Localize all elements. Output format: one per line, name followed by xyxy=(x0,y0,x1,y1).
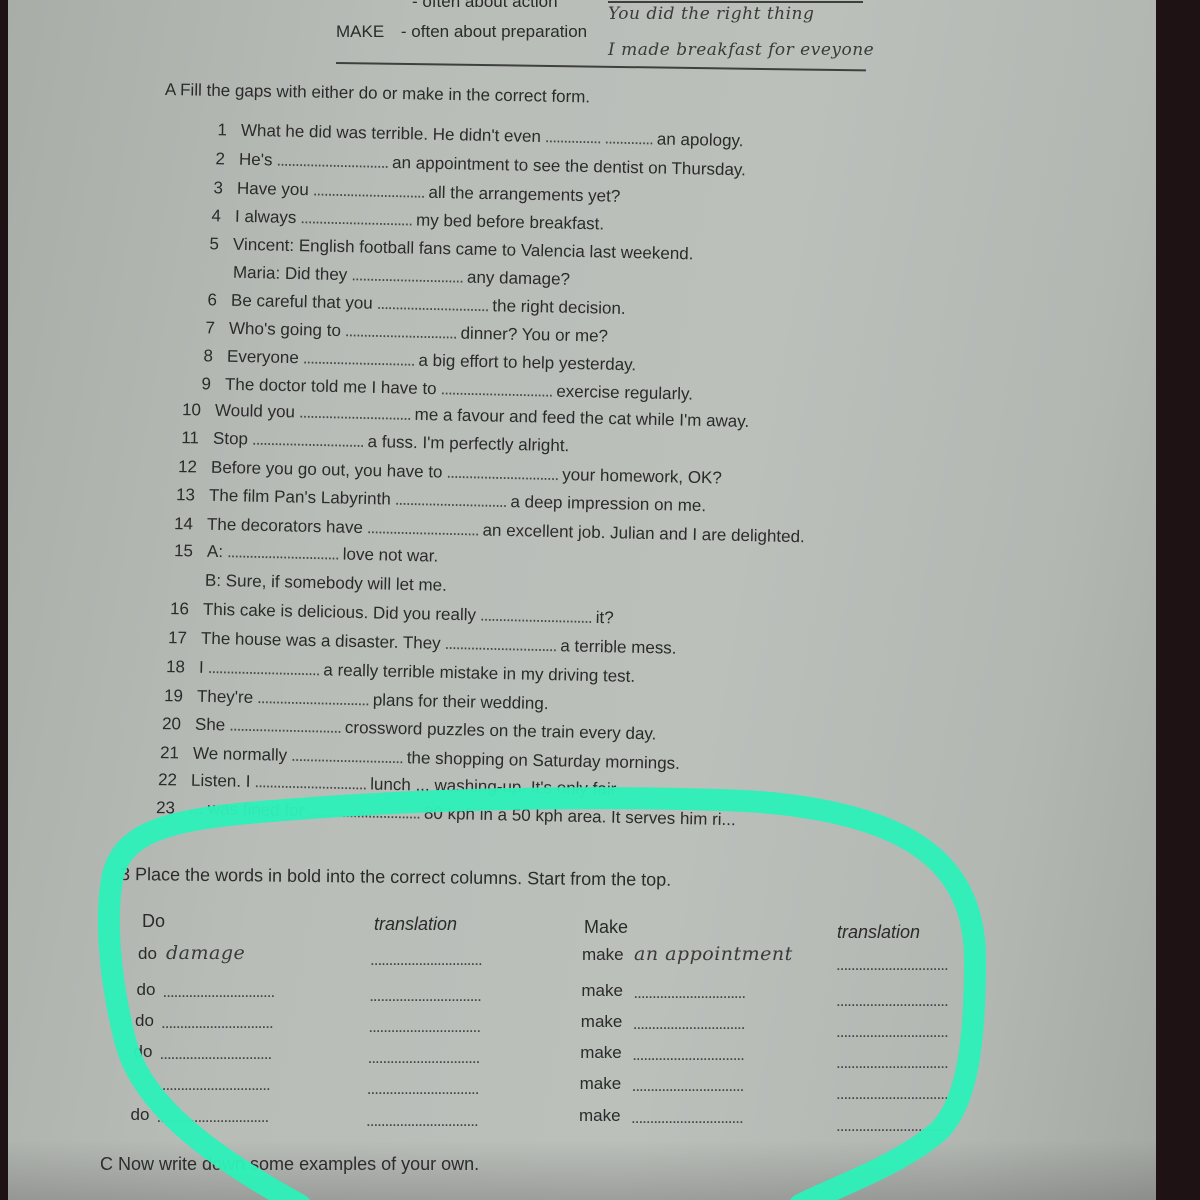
answer-gap[interactable]: .............................. xyxy=(480,606,592,627)
do-answer-blank[interactable]: .............................. xyxy=(158,1075,270,1095)
exercise-item: 5Vincent: English football fans came to … xyxy=(197,234,702,265)
item-text-before: Have you xyxy=(237,179,309,200)
answer-gap[interactable]: .............................. xyxy=(254,772,366,793)
definition-meaning: - often about action xyxy=(412,0,558,11)
do-label: do xyxy=(131,1105,150,1125)
answer-gap[interactable]: .............................. xyxy=(257,688,369,709)
item-text-after: crossword puzzles on the train every day… xyxy=(345,718,657,744)
item-text-after: all the arrangements yet? xyxy=(428,183,620,206)
item-text-before: Would you xyxy=(215,401,295,422)
exercise-item: 16This cake is delicious. Did you really… xyxy=(167,599,614,628)
exercise-item: 2He's..............................an ap… xyxy=(203,149,746,180)
exercise-item: 19They're..............................p… xyxy=(161,686,549,714)
item-text-before: Vincent: English football fans came to V… xyxy=(233,235,694,264)
do-translation-blank[interactable]: .............................. xyxy=(368,1017,480,1037)
item-number: 3 xyxy=(201,178,223,198)
do-label: do xyxy=(138,944,157,964)
item-text-after: an excellent job. Julian and I are delig… xyxy=(482,521,805,547)
exercise-item: B: Sure, if somebody will let me. xyxy=(169,570,455,596)
item-text-after: a deep impression on me. xyxy=(510,492,706,515)
item-text-after: exercise regularly. xyxy=(556,382,693,404)
make-label: make xyxy=(580,1074,622,1094)
item-number: 11 xyxy=(177,428,199,448)
answer-gap[interactable]: .............................. xyxy=(303,348,415,369)
exercise-item: 1What he did was terrible. He didn't eve… xyxy=(205,120,744,151)
section-a-instruction: A Fill the gaps with either do or make i… xyxy=(165,80,590,107)
answer-gap[interactable]: .............................. xyxy=(313,180,425,201)
item-text-before: I always xyxy=(235,207,297,227)
answer-gap[interactable]: .............................. xyxy=(446,463,558,484)
definition-make: MAKE - often about preparation xyxy=(336,22,587,42)
item-text-after: a big effort to help yesterday. xyxy=(418,351,636,375)
item-number: 20 xyxy=(159,714,181,734)
item-number: 23 xyxy=(153,798,175,818)
item-number: 7 xyxy=(193,318,215,338)
item-text-after: your homework, OK? xyxy=(562,465,722,487)
item-text-before: Listen. I xyxy=(191,771,251,791)
definition-verb: MAKE xyxy=(336,22,384,41)
definition-meaning: - often about preparation xyxy=(401,22,587,41)
exercise-item: 15A:..............................love n… xyxy=(171,541,439,567)
answer-gap[interactable]: .............................. xyxy=(308,801,420,822)
item-text-after: my bed before breakfast. xyxy=(416,211,604,234)
exercise-item: 18I..............................a reall… xyxy=(163,657,636,687)
column-header-do: Do xyxy=(142,911,165,932)
do-translation-blank[interactable]: .............................. xyxy=(370,950,482,970)
make-translation-blank[interactable]: .............................. xyxy=(836,1084,948,1104)
item-text-after: an appointment to see the dentist on Thu… xyxy=(392,153,746,179)
make-translation-blank[interactable]: .............................. xyxy=(836,1022,948,1042)
item-number: 16 xyxy=(167,599,189,619)
do-answer-blank[interactable]: .............................. xyxy=(161,1013,273,1033)
item-text-before: B: Sure, if somebody will let me. xyxy=(205,571,447,595)
item-number: 18 xyxy=(163,657,185,677)
item-text-before: Before you go out, you have to xyxy=(211,458,443,482)
make-translation-blank[interactable]: .............................. xyxy=(836,955,948,975)
item-number: 6 xyxy=(195,290,217,310)
do-translation-blank[interactable]: .............................. xyxy=(368,1048,480,1068)
item-text-after: any damage? xyxy=(467,268,570,289)
definition-do: - often about action xyxy=(412,0,558,12)
make-translation-blank[interactable]: .............................. xyxy=(836,1116,948,1136)
item-text-before: We normally xyxy=(193,744,288,765)
answer-gap[interactable]: .............................. xyxy=(252,430,364,451)
item-number: 4 xyxy=(199,206,221,226)
item-text-before: Who's going to xyxy=(229,319,341,340)
exercise-item: 20She..............................cross… xyxy=(159,714,657,744)
item-text-before: I xyxy=(199,658,204,677)
divider xyxy=(608,1,863,3)
item-text-before: Stop xyxy=(213,429,248,449)
do-label: do xyxy=(135,1011,154,1031)
make-label: make xyxy=(582,945,624,965)
make-answer-blank[interactable]: .............................. xyxy=(632,1045,744,1065)
item-text-before: The decorators have xyxy=(207,515,363,537)
make-answer-handwritten: an appointment xyxy=(634,943,793,965)
item-text-after: a terrible mess. xyxy=(560,636,677,657)
do-answer-handwritten: damage xyxy=(166,942,245,964)
exercise-item: 12Before you go out, you have to........… xyxy=(175,457,722,488)
item-number: 13 xyxy=(173,485,195,505)
answer-gap[interactable]: .............................. xyxy=(208,658,320,679)
item-text-after: an apology. xyxy=(657,129,744,150)
do-answer-blank[interactable]: .............................. xyxy=(163,982,275,1002)
item-text-before: What he did was terrible. He didn't even xyxy=(241,121,541,146)
item-text-after: lunch ... washing-up. It's only fair xyxy=(370,775,616,799)
item-text-before: This cake is delicious. Did you really xyxy=(203,600,476,625)
item-number: 15 xyxy=(171,541,193,561)
answer-gap[interactable]: .............................. xyxy=(367,518,479,539)
exercise-item: 17The house was a disaster. They........… xyxy=(165,628,677,659)
column-header-make: Make xyxy=(584,917,628,938)
exercise-item: 7Who's going to.........................… xyxy=(193,318,608,347)
answer-gap[interactable]: .............................. xyxy=(440,379,552,400)
item-text-after: it? xyxy=(595,608,613,627)
item-text-after: the right decision. xyxy=(492,296,626,318)
make-translation-blank[interactable]: .............................. xyxy=(836,991,948,1011)
make-label: make xyxy=(581,1012,623,1032)
item-text-after: dinner? You or me? xyxy=(460,324,608,346)
answer-gap[interactable]: .............................. xyxy=(377,294,489,315)
answer-gap[interactable]: .............................. xyxy=(300,208,412,229)
make-answer-blank[interactable]: .............................. xyxy=(632,1076,744,1096)
column-header-do-translation: translation xyxy=(374,914,457,935)
answer-gap[interactable]: .............................. xyxy=(291,746,403,767)
do-translation-blank[interactable]: .............................. xyxy=(369,986,481,1006)
make-answer-blank[interactable]: .............................. xyxy=(633,983,745,1003)
exercise-item: 13The film Pan's Labyrinth..............… xyxy=(173,485,706,516)
answer-gap[interactable]: .............................. xyxy=(299,403,411,424)
item-text-after: a really terrible mistake in my driving … xyxy=(323,660,635,686)
item-number: 19 xyxy=(161,686,183,706)
item-text-before: They're xyxy=(197,687,254,707)
exercise-item: 10Would you.............................… xyxy=(179,400,750,432)
do-label: do xyxy=(137,980,156,1000)
answer-gap[interactable]: ............... ............. xyxy=(545,127,653,148)
exercise-item: Maria: Did they.........................… xyxy=(197,262,570,290)
item-text-after: a fuss. I'm perfectly alright. xyxy=(367,432,569,455)
answer-gap[interactable]: .............................. xyxy=(345,321,457,342)
item-text-after: plans for their wedding. xyxy=(373,690,549,713)
item-text-before: The doctor told me I have to xyxy=(225,375,437,398)
exercise-item: 8Everyone..............................a… xyxy=(191,346,637,375)
make-answer-blank[interactable]: .............................. xyxy=(633,1014,745,1034)
item-text-before: The house was a disaster. They xyxy=(201,629,441,653)
item-number: 5 xyxy=(197,234,219,254)
definition-make-example: I made breakfast for eveyone xyxy=(608,40,874,60)
item-number: 1 xyxy=(205,120,227,140)
answer-gap[interactable]: .............................. xyxy=(444,634,556,655)
item-number: 10 xyxy=(179,400,201,420)
item-text-before: A: xyxy=(207,542,223,561)
answer-gap[interactable]: .............................. xyxy=(395,490,507,511)
item-text-before: Everyone xyxy=(227,347,299,368)
answer-gap[interactable]: .............................. xyxy=(229,715,341,736)
item-number: 22 xyxy=(155,770,177,790)
item-text-before: She xyxy=(195,715,226,735)
item-number: 9 xyxy=(189,374,211,394)
exercise-item: 11Stop..............................a fu… xyxy=(177,428,570,456)
item-text-after: love not war. xyxy=(343,545,439,566)
item-number: 14 xyxy=(171,514,193,534)
answer-gap[interactable]: .............................. xyxy=(227,542,339,563)
do-answer-blank[interactable]: .............................. xyxy=(157,1107,269,1127)
make-label: make xyxy=(579,1106,621,1126)
exercise-item: 6Be careful that you....................… xyxy=(195,290,626,319)
answer-gap[interactable]: .............................. xyxy=(351,265,463,286)
item-number: 12 xyxy=(175,457,197,477)
column-header-make-translation: translation xyxy=(837,922,920,943)
answer-gap[interactable]: .............................. xyxy=(276,151,388,172)
make-label: make xyxy=(580,1043,622,1063)
exercise-item: 4I always..............................m… xyxy=(199,206,605,234)
exercise-item: 3Have you..............................a… xyxy=(201,178,621,207)
do-answer-blank[interactable]: .............................. xyxy=(160,1044,272,1064)
worksheet-page: - often about action You did the right t… xyxy=(8,0,1156,1200)
item-text-before: ... was fined for xyxy=(189,799,305,820)
page-shadow xyxy=(8,1140,1156,1200)
definition-do-example: You did the right thing xyxy=(608,4,814,24)
item-text-after: me a favour and feed the cat while I'm a… xyxy=(414,405,749,431)
exercise-item: 21We normally...........................… xyxy=(157,743,680,774)
item-number: 2 xyxy=(203,149,225,169)
item-text-before: Maria: Did they xyxy=(233,263,348,284)
item-text-before: The film Pan's Labyrinth xyxy=(209,486,391,509)
do-label: do xyxy=(134,1042,153,1062)
exercise-item: 9The doctor told me I have to...........… xyxy=(189,374,693,405)
divider xyxy=(336,62,866,71)
make-translation-blank[interactable]: .............................. xyxy=(836,1053,948,1073)
exercise-item: 23... was fined for.....................… xyxy=(153,798,736,830)
item-text-after: 80 kph in a 50 kph area. It serves him r… xyxy=(424,804,736,830)
item-number: 21 xyxy=(157,743,179,763)
section-b-instruction: 3 Place the words in bold into the corre… xyxy=(120,864,671,891)
make-answer-blank[interactable]: .............................. xyxy=(631,1108,743,1128)
make-label: make xyxy=(581,981,623,1001)
item-text-before: He's xyxy=(239,150,273,170)
do-translation-blank[interactable]: .............................. xyxy=(367,1079,479,1099)
item-text-after: the shopping on Saturday mornings. xyxy=(407,748,680,773)
item-number: 8 xyxy=(191,346,213,366)
exercise-item: 22Listen. I.............................… xyxy=(155,770,617,800)
item-text-before: Be careful that you xyxy=(231,291,373,313)
item-number: 17 xyxy=(165,628,187,648)
do-translation-blank[interactable]: .............................. xyxy=(366,1111,478,1131)
